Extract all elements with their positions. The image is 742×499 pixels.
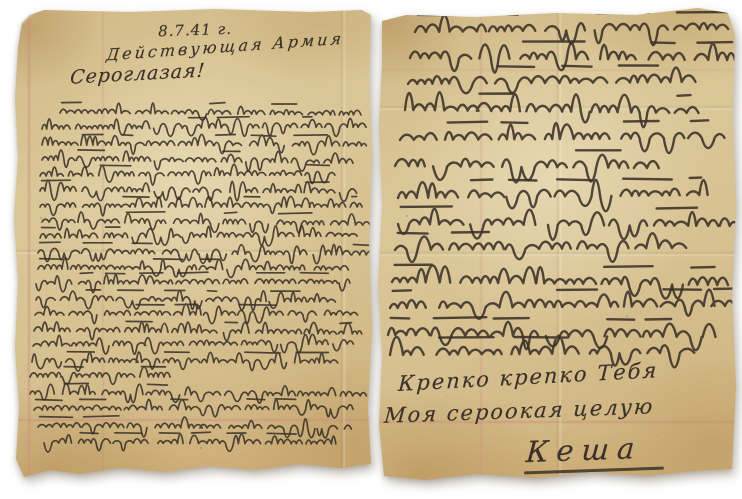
left-page: 8.7.41 г. Действующая Армия Сероглазая! xyxy=(10,7,376,486)
paper-specks xyxy=(20,17,22,19)
signature-text: Кеша xyxy=(525,431,644,469)
paper-specks xyxy=(386,15,388,17)
left-page-shadow: 8.7.41 г. Действующая Армия Сероглазая! xyxy=(10,7,376,486)
letter-photo: 8.7.41 г. Действующая Армия Сероглазая! … xyxy=(0,0,742,499)
right-page: Крепко крепко Тебя Моя сероокая целую Ке… xyxy=(376,5,739,488)
right-page-shadow: Крепко крепко Тебя Моя сероокая целую Ке… xyxy=(376,5,739,488)
